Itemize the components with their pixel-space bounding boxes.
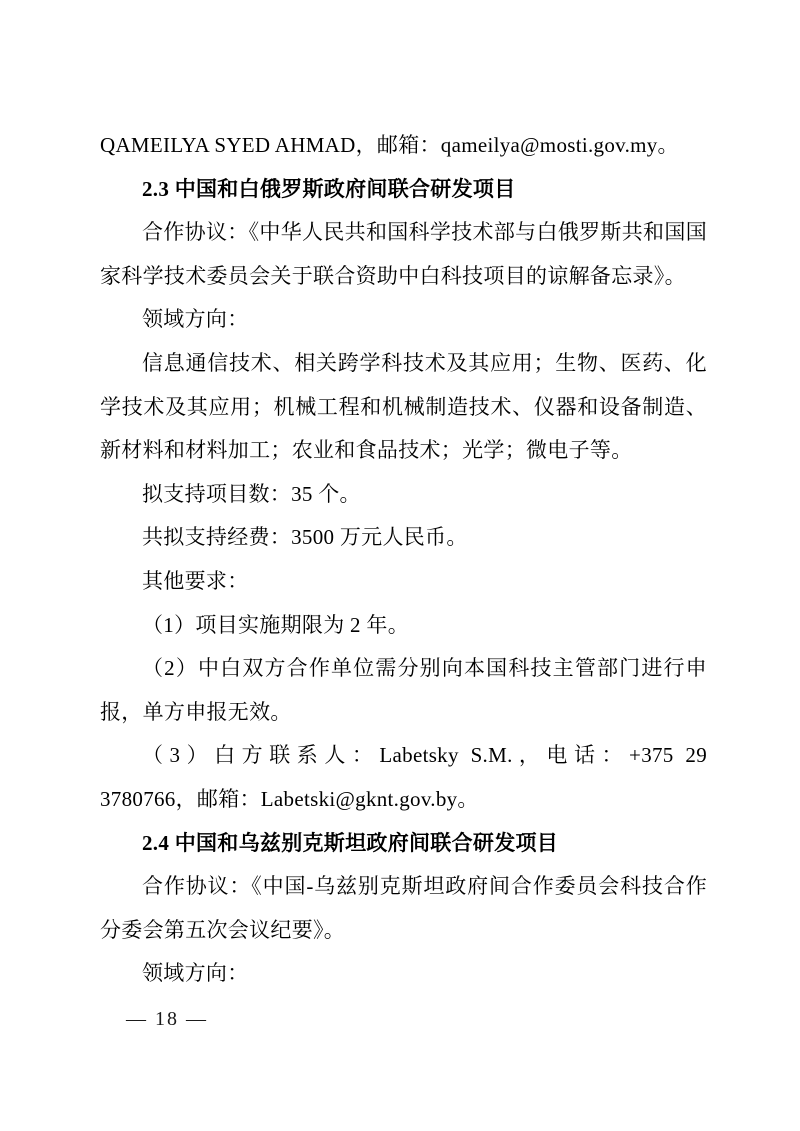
section-heading-2-3: 2.3 中国和白俄罗斯政府间联合研发项目 [100,168,707,212]
paragraph-field-direction-label-2-3: 领域方向： [100,298,707,342]
paragraph-field-direction-body-2-3: 信息通信技术、相关跨学科技术及其应用；生物、医药、化学技术及其应用；机械工程和机… [100,342,707,473]
paragraph-requirement-1: （1）项目实施期限为 2 年。 [100,604,707,648]
paragraph-requirement-3: （3）白方联系人：Labetsky S.M.，电话：+375 29 378076… [100,734,707,821]
paragraph-budget-2-3: 共拟支持经费：3500 万元人民币。 [100,516,707,560]
paragraph-contact-continuation: QAMEILYA SYED AHMAD，邮箱：qameilya@mosti.go… [100,124,707,168]
paragraph-requirement-2: （2）中白双方合作单位需分别向本国科技主管部门进行申报，单方申报无效。 [100,647,707,734]
section-heading-2-4: 2.4 中国和乌兹别克斯坦政府间联合研发项目 [100,822,707,866]
paragraph-agreement-2-4: 合作协议：《中国-乌兹别克斯坦政府间合作委员会科技合作分委会第五次会议纪要》。 [100,865,707,952]
paragraph-agreement-2-3: 合作协议：《中华人民共和国科学技术部与白俄罗斯共和国国家科学技术委员会关于联合资… [100,211,707,298]
paragraph-other-requirements-label: 其他要求： [100,560,707,604]
document-page: QAMEILYA SYED AHMAD，邮箱：qameilya@mosti.go… [0,0,800,1131]
paragraph-field-direction-label-2-4: 领域方向： [100,952,707,996]
document-body: QAMEILYA SYED AHMAD，邮箱：qameilya@mosti.go… [100,124,707,996]
paragraph-project-count-2-3: 拟支持项目数：35 个。 [100,473,707,517]
page-number: — 18 — [126,1004,208,1034]
